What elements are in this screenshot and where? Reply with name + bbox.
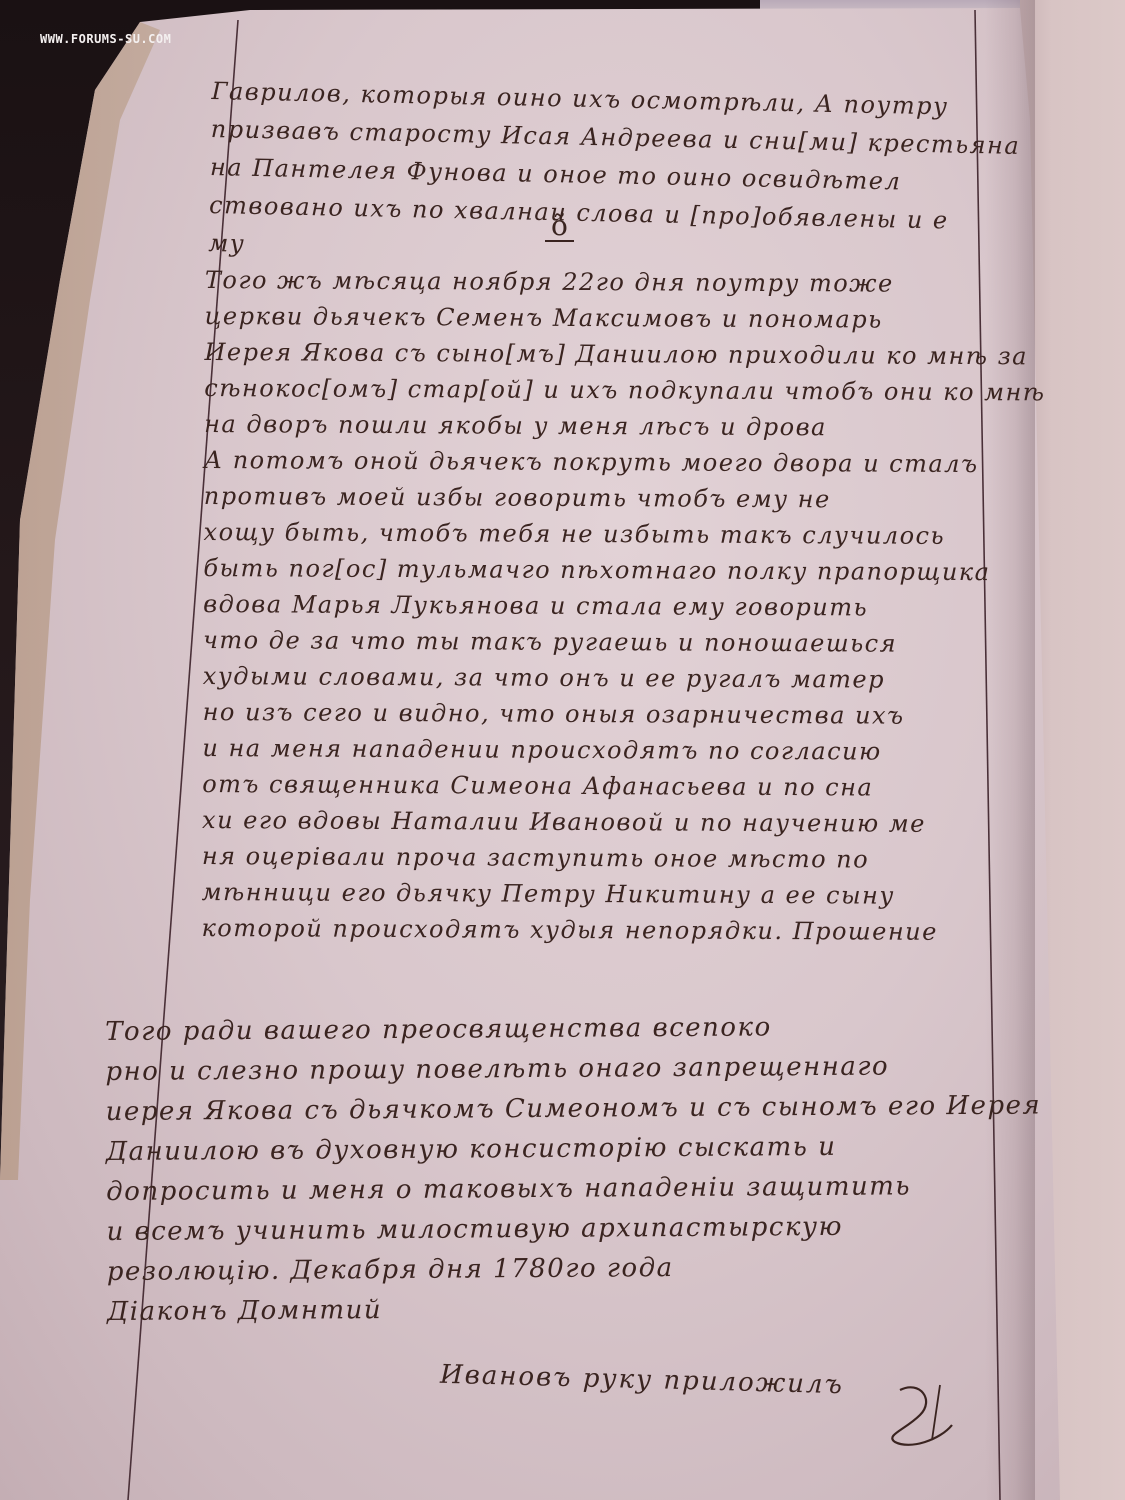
paragraph-2: Того жъ мѣсяца ноября 22го дня поутру то…	[201, 262, 1046, 950]
text-line: иерея Якова съ дьячкомъ Симеономъ и съ с…	[106, 1085, 1042, 1132]
text-line: хи его вдовы Наталии Ивановой и по науче…	[202, 802, 1043, 842]
text-line: отъ священника Симеона Афанасьева и по с…	[202, 766, 1043, 806]
text-line: на дворъ пошли якобы у меня лѣсъ и дрова	[204, 406, 1045, 446]
petition-paragraph: Того ради вашего преосвященства всепоко …	[105, 1005, 1043, 1332]
text-line: худыми словами, за что онъ и ее ругалъ м…	[203, 658, 1044, 698]
text-line: А потомъ оной дьячекъ покруть моего двор…	[204, 442, 1045, 482]
text-line: хощу быть, чтобъ тебя не избыть такъ слу…	[203, 514, 1044, 554]
text-line: Того жъ мѣсяца ноября 22го дня поутру то…	[205, 262, 1046, 302]
text-line: церкви дьячекъ Семенъ Максимовъ и понома…	[205, 298, 1046, 338]
text-line: но изъ сего и видно, что оныя озарничест…	[203, 694, 1044, 734]
text-line: противъ моей избы говорить чтобъ ему не	[204, 478, 1045, 518]
signatory-line: Діаконъ Домнтий	[107, 1285, 1043, 1332]
text-line: что де за что ты такъ ругаешь и поношаеш…	[203, 622, 1044, 662]
photo-scene: WWW.FORUMS-SU.COM Гаврилов, которыя оино…	[0, 0, 1125, 1500]
text-line: и всемъ учинить милостивую архипастырску…	[106, 1205, 1042, 1252]
date-line: резолюцію. Декабря дня 1780го года	[107, 1245, 1043, 1292]
text-line: мѣнници его дьячку Петру Никитину а ее с…	[202, 874, 1043, 914]
text-line: которой происходятъ худыя непорядки. Про…	[201, 910, 1042, 950]
text-line: допросить и меня о таковыхъ нападеніи за…	[106, 1165, 1042, 1212]
text-line: Даниилою въ духовную консисторію сыскать…	[106, 1125, 1042, 1172]
text-line: быть пог[ос] тульмачго пѣхотнаго полку п…	[203, 550, 1044, 590]
paragraph-1: Гаврилов, которыя оино ихъ осмотрѣли, А …	[208, 72, 1021, 279]
text-line: Того ради вашего преосвященства всепоко	[105, 1005, 1041, 1052]
text-line: Иерея Якова съ сыно[мъ] Даниилою приходи…	[204, 334, 1045, 374]
text-line: рно и слезно прошу повелѣть онаго запрещ…	[105, 1045, 1041, 1092]
text-line: ня оцерівали проча заступить оное мѣсто …	[202, 838, 1043, 878]
text-line: сѣнокос[омъ] стар[ой] и ихъ подкупали чт…	[204, 370, 1045, 410]
watermark: WWW.FORUMS-SU.COM	[40, 32, 171, 46]
text-line: и на меня нападении происходятъ по согла…	[202, 730, 1043, 770]
signature-flourish-icon	[880, 1380, 960, 1450]
section-number-mark: о̃	[545, 212, 574, 242]
text-line: вдова Марья Лукьянова и стала ему говори…	[203, 586, 1044, 626]
